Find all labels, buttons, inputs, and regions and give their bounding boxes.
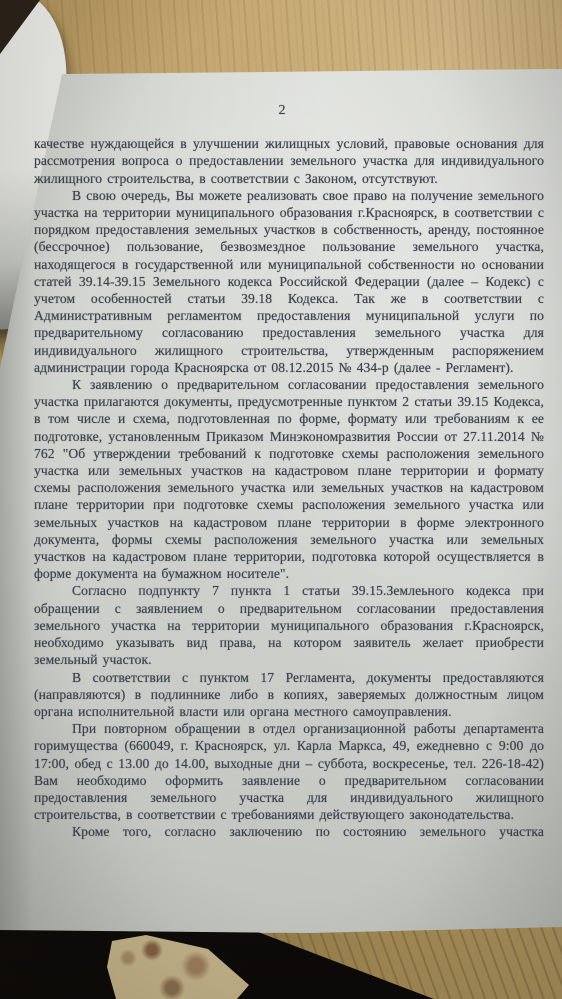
- paragraph: В соответствии с пунктом 17 Регламента, …: [34, 669, 544, 721]
- paragraph: К заявлению о предварительном согласован…: [34, 376, 544, 582]
- paragraph: качестве нуждающейся в улучшении жилищны…: [34, 135, 544, 187]
- paragraph: Кроме того, согласно заключению по состо…: [34, 823, 544, 840]
- paragraph: Согласно подпункту 7 пункта 1 статьи 39.…: [34, 582, 544, 668]
- document-text-block: 2 качестве нуждающейся в улучшении жилищ…: [34, 102, 544, 841]
- paragraph: В свою очередь, Вы можете реализовать св…: [34, 187, 544, 376]
- page-number: 2: [34, 102, 530, 119]
- paragraph: При повторном обращении в отдел организа…: [34, 720, 544, 823]
